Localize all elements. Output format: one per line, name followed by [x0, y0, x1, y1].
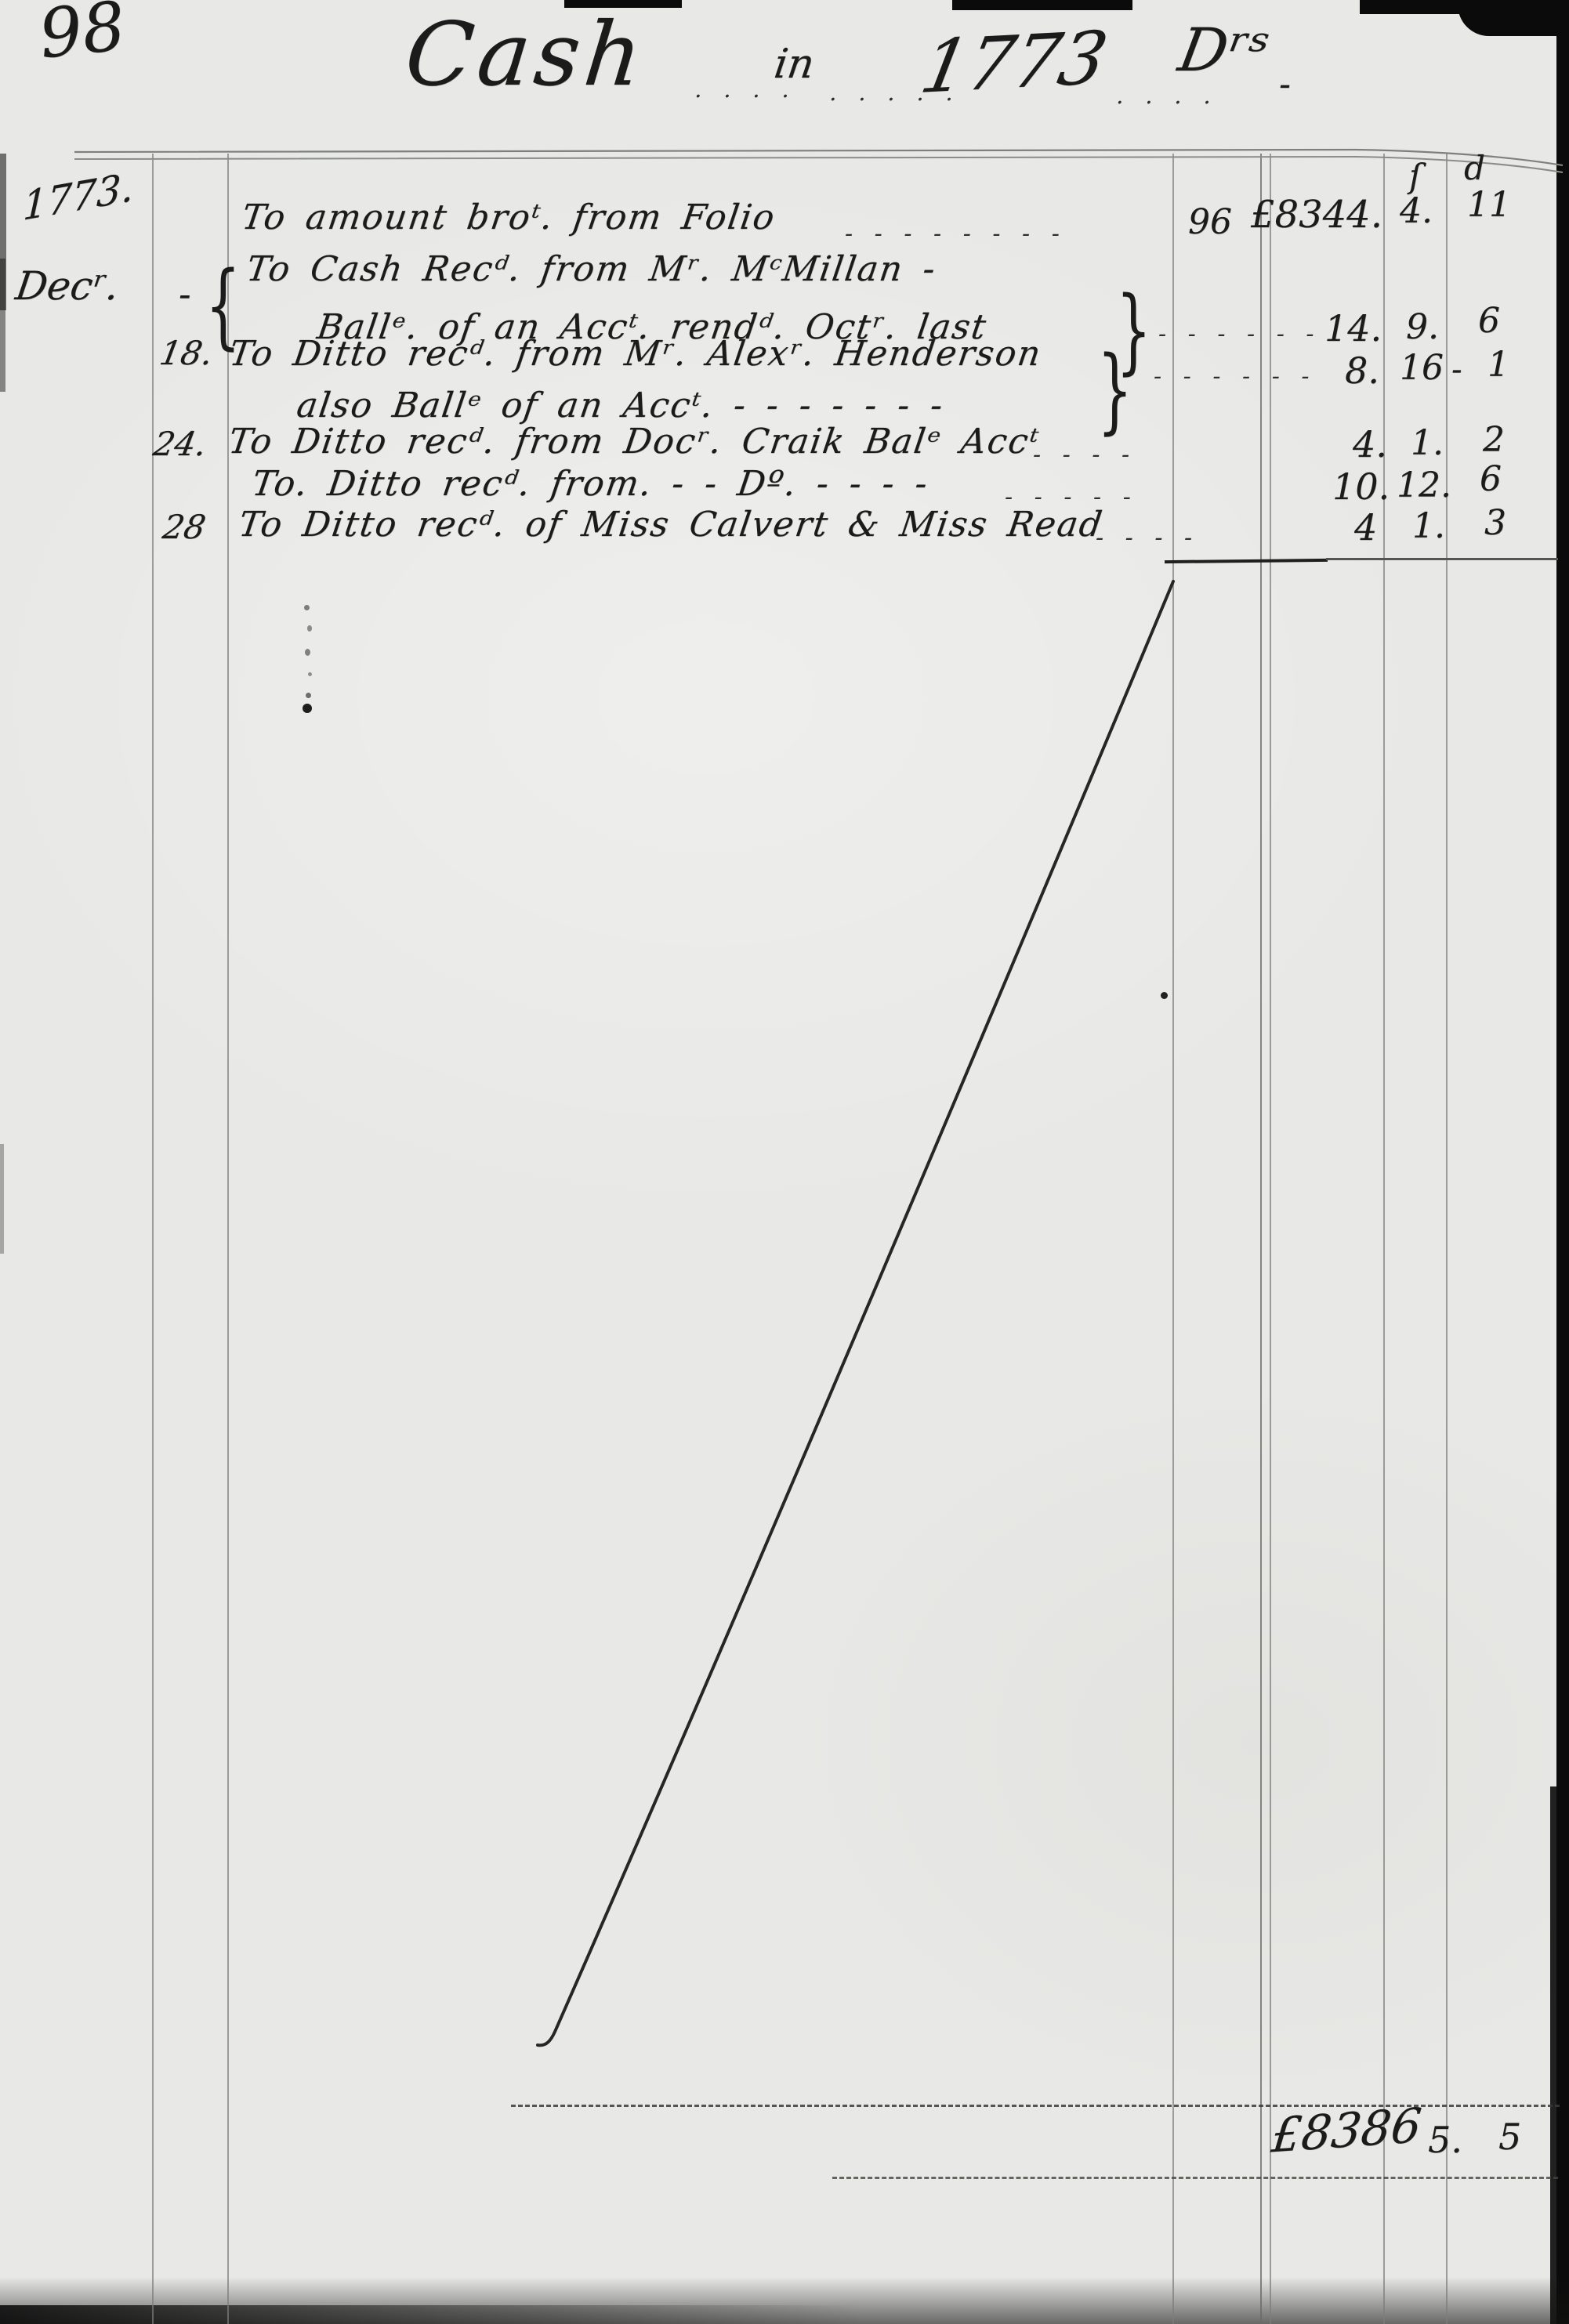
cancellation-line: [538, 581, 1173, 2045]
total-shillings: 5.: [1428, 2122, 1462, 2158]
ink-speck: [304, 605, 310, 610]
entry-1-shillings: 4.: [1400, 194, 1433, 229]
entry-1-folio-ref: 96: [1188, 205, 1232, 240]
scan-shadow-bottom-left: [0, 2305, 862, 2324]
entry-6-day: 28: [161, 511, 208, 544]
ledger-page: 98 Cash . . . . in . . . . . 1773 . . . …: [0, 0, 1569, 2324]
scan-edge-left-3: [0, 1144, 4, 1254]
entry-6-text: To Ditto recᵈ. of Miss Calvert & Miss Re…: [237, 508, 1106, 542]
scan-edge-top-3: [1360, 0, 1466, 14]
entry-5-pence: 6: [1480, 462, 1502, 497]
entry-2-leader: - - - - - -: [1158, 323, 1321, 346]
entry-2-pounds: 14.: [1324, 310, 1382, 346]
entry-2-line-1: To Cash Recᵈ. from Mʳ. MᶜMillan -: [245, 252, 939, 287]
entry-3-line-2: also Ballᵉ of an Accᵗ. - - - - - - -: [295, 389, 946, 423]
margin-year: 1773.: [22, 167, 134, 226]
scan-edge-right-lower: [1550, 1786, 1569, 2324]
ink-speck: [307, 625, 312, 632]
entry-4-pence: 2: [1483, 423, 1505, 458]
ink-speck: [308, 672, 312, 676]
entry-4-text: To Ditto recᵈ. from Docʳ. Craik Balᵉ Acc…: [226, 425, 1042, 459]
title-year: 1773: [915, 22, 1113, 104]
ink-speck: [306, 693, 311, 698]
entry-5-text: To. Ditto recᵈ. from. - - Dº. - - - -: [250, 467, 931, 501]
margin-month: Decʳ.: [13, 266, 121, 306]
title-word-in: in: [772, 44, 817, 85]
column-rule-day: [227, 154, 229, 2324]
scan-corner-top-right: [1458, 0, 1569, 36]
total-pence: 5: [1498, 2119, 1521, 2155]
title-debit-abbrev: Dʳˢ: [1175, 20, 1274, 80]
column-rule-folio: [1172, 154, 1174, 2324]
entry-5-shillings: 12.: [1397, 469, 1451, 503]
pence-column-header: d: [1464, 152, 1485, 185]
total-pounds: £8386: [1270, 2102, 1424, 2160]
ink-speck-mid-page: [1161, 992, 1168, 999]
entry-3-leader: - - - - - -: [1154, 365, 1317, 389]
page-number: 98: [36, 0, 129, 69]
column-rule-pounds-inner: [1270, 154, 1271, 2324]
entry-6-pounds: 4: [1354, 509, 1377, 545]
entry-2-shillings: 9.: [1406, 310, 1439, 345]
entries-underline-dark: [1165, 559, 1328, 563]
top-rule-lower: [74, 157, 1563, 172]
entry-6-pence: 3: [1484, 506, 1506, 541]
entry-1-pence: 11: [1467, 188, 1511, 223]
entry-4-pounds: 4.: [1353, 426, 1387, 462]
scan-edge-top-2: [952, 0, 1132, 10]
title-tail-dash: -: [1279, 67, 1291, 102]
entry-3-line-1: To Ditto recᵈ. from Mʳ. Alexʳ. Henderson: [227, 337, 1044, 371]
entry-1-text: To amount broᵗ. from Folio: [240, 201, 778, 235]
entry-3-amount-dash: -: [1451, 354, 1462, 386]
entry-3-shillings: 16: [1400, 351, 1444, 386]
entry-4-leader: - - - -: [1033, 443, 1136, 467]
top-rule-upper: [74, 150, 1563, 165]
entry-4-day: 24.: [151, 428, 209, 461]
entry-6-shillings: 1.: [1412, 509, 1445, 544]
title-leader-3: . . . .: [1116, 85, 1218, 108]
column-rule-margin-left: [152, 154, 154, 2324]
entry-5-pounds: 10.: [1332, 469, 1390, 505]
scan-edge-left-2: [0, 259, 5, 392]
entry-4-shillings: 1.: [1411, 426, 1444, 461]
shillings-column-header: ſ: [1409, 160, 1422, 193]
entry-1-pounds: £8344.: [1251, 196, 1382, 233]
ink-speck: [305, 649, 310, 656]
entries-underline-faint: [1326, 558, 1558, 560]
entry-1-leader: - - - - - - - -: [845, 223, 1067, 246]
title-word-cash: Cash: [401, 11, 650, 99]
entry-3-pence: 1: [1487, 348, 1509, 382]
column-rule-pounds-outer: [1260, 154, 1262, 2324]
entry-3-close-brace: }: [1097, 343, 1132, 436]
entry-2-pence: 6: [1478, 304, 1500, 338]
margin-month-dash: -: [179, 276, 191, 312]
entry-3-day: 18.: [158, 337, 216, 370]
total-rule-lower: [832, 2177, 1558, 2179]
ink-speck-dark: [303, 704, 312, 713]
entry-3-pounds: 8.: [1345, 353, 1379, 389]
entry-6-leader: - - - -: [1096, 527, 1199, 550]
